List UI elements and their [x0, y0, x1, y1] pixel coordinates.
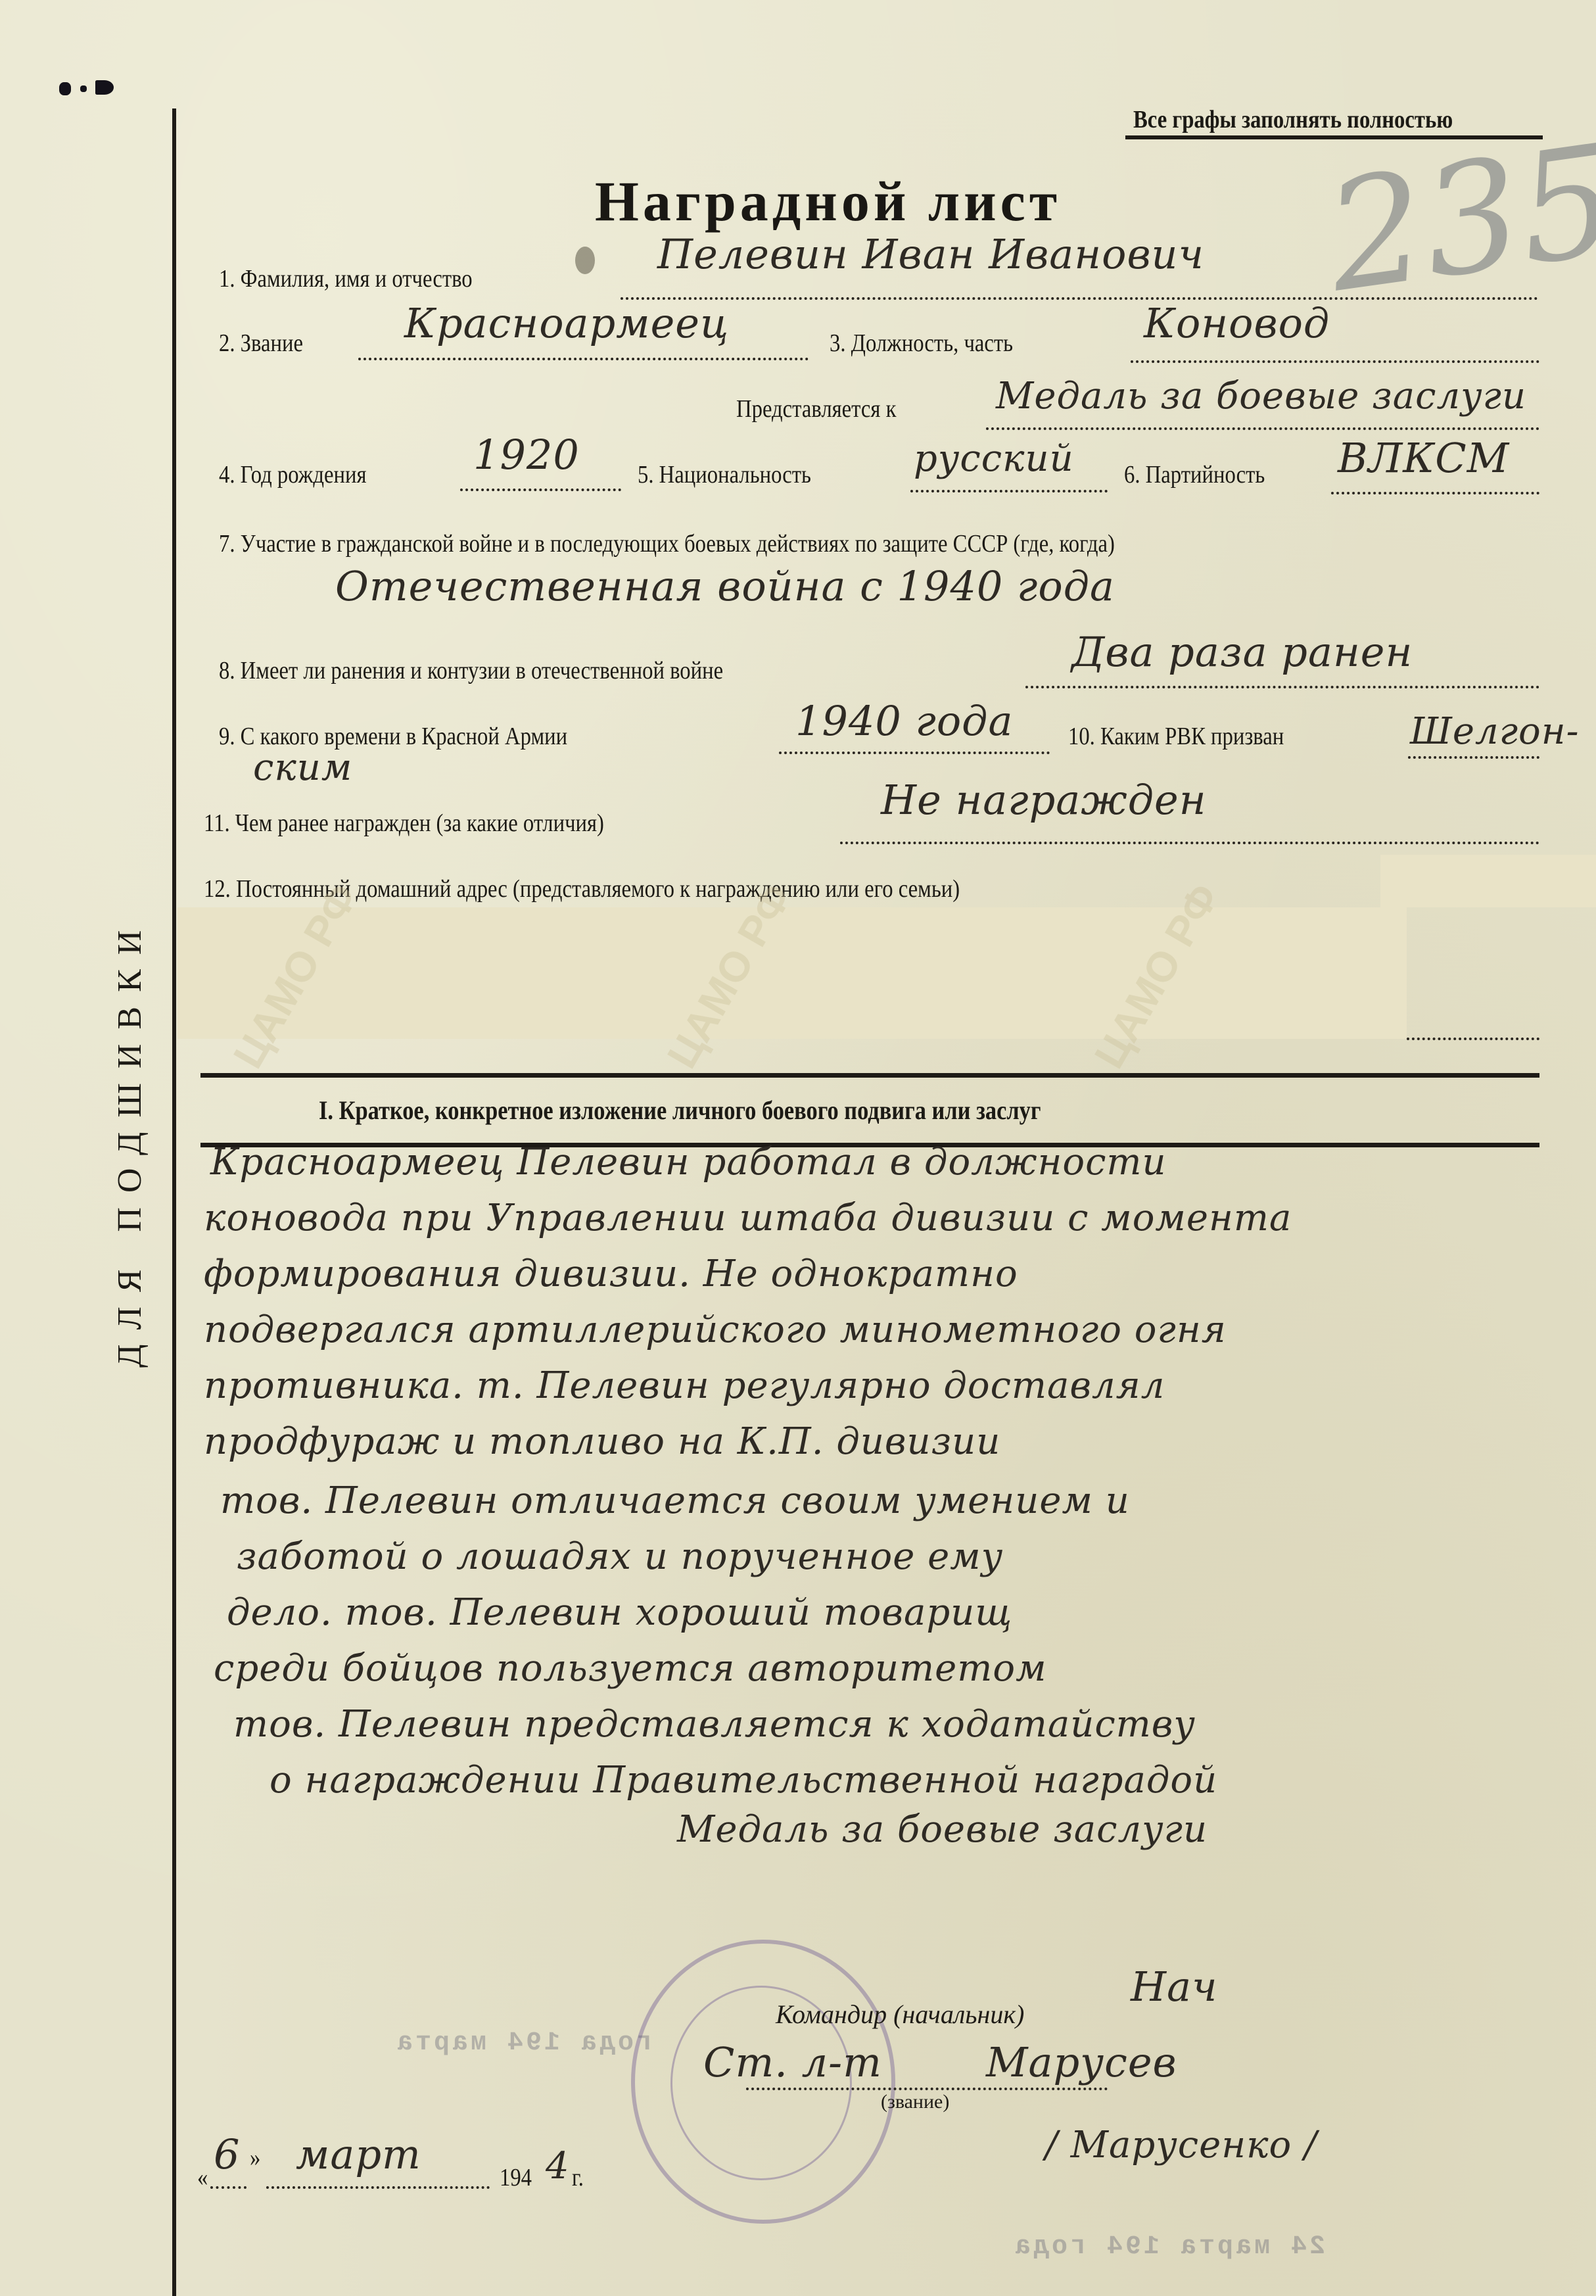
field-5-line: [910, 490, 1108, 492]
date-month-line: [266, 2186, 490, 2189]
section-1-heading: I. Краткое, конкретное изложение личного…: [319, 1095, 1041, 1126]
document-title: Наградной лист: [595, 168, 1061, 234]
field-5-value: русский: [914, 437, 1074, 480]
field-1-label: 1. Фамилия, имя и отчество: [219, 264, 473, 293]
field-3-value: Коновод: [1144, 299, 1330, 347]
field-3-line: [1131, 360, 1539, 363]
rank-line: [746, 2088, 1108, 2090]
ink-blot: [59, 82, 71, 95]
header-note: Все графы заполнять полностью: [1133, 105, 1453, 134]
rank-caption: (звание): [881, 2091, 949, 2113]
field-11-line: [840, 842, 1539, 844]
commander-label: Командир (начальник): [776, 1999, 1024, 2030]
narrative-line: продфураж и топливо на К.П. дивизии: [204, 1420, 1000, 1463]
narrative-line: формирования дивизии. Не однократно: [204, 1253, 1018, 1295]
date-quote-open: «: [197, 2163, 208, 2192]
field-5-label: 5. Национальность: [638, 460, 811, 489]
narrative-line: Красноармеец Пелевин работал в должности: [210, 1141, 1167, 1184]
date-day: 6: [214, 2130, 240, 2178]
narrative-line: подвергался артиллерийского минометного …: [204, 1308, 1227, 1351]
section-top-rule: [200, 1073, 1539, 1078]
field-10-line: [1408, 756, 1539, 759]
field-1-value: Пелевин Иван Иванович: [657, 230, 1204, 278]
offset-print: года 194 марта: [394, 2028, 652, 2058]
field-12-line: [1407, 1038, 1539, 1040]
date-day-line: [210, 2186, 246, 2189]
nomination-label: Представляется к: [736, 395, 896, 423]
field-8-label: 8. Имеет ли ранения и контузии в отечест…: [219, 656, 723, 685]
field-11-value: Не награжден: [881, 776, 1207, 824]
binding-margin-line: [172, 108, 176, 2296]
field-4-line: [460, 489, 621, 491]
field-2-label: 2. Звание: [219, 329, 303, 358]
field-3-label: 3. Должность, часть: [830, 329, 1013, 358]
field-8-value: Два раза ранен: [1071, 628, 1413, 676]
field-6-value: ВЛКСМ: [1338, 434, 1509, 482]
offset-print: 24 марта 194 года: [1012, 2232, 1325, 2262]
field-8-line: [1025, 686, 1539, 688]
nomination-line: [986, 427, 1539, 430]
address-redaction: [1380, 855, 1596, 907]
date-year-suffix: 4: [546, 2145, 570, 2188]
field-2-line: [358, 358, 809, 360]
field-11-label: 11. Чем ранее награжден (за какие отличи…: [204, 809, 604, 838]
field-10-value-continued: ским: [253, 746, 352, 789]
field-4-label: 4. Год рождения: [219, 460, 366, 489]
date-year-unit: г.: [572, 2163, 584, 2192]
narrative-line: тов. Пелевин представляется к ходатайств…: [233, 1703, 1196, 1746]
field-9-value: 1940 года: [795, 697, 1013, 745]
binding-margin-label: ДЛЯ ПОДШИВКИ: [110, 916, 149, 1368]
field-2-value: Красноармеец: [404, 299, 729, 347]
narrative-line: Медаль за боевые заслуги: [677, 1808, 1208, 1851]
narrative-line: коновода при Управлении штаба дивизии с …: [204, 1197, 1292, 1239]
commander-signature: Марусев: [986, 2038, 1177, 2086]
archive-number: 235: [1317, 112, 1596, 326]
narrative-line: о награждении Правительственной наградой: [270, 1759, 1217, 1802]
field-7-value: Отечественная война с 1940 года: [335, 562, 1115, 610]
ink-blot: [95, 80, 114, 95]
date-month: март: [296, 2130, 421, 2178]
field-7-label: 7. Участие в гражданской войне и в после…: [219, 529, 1115, 558]
narrative-line: среди бойцов пользуется авторитетом: [214, 1647, 1047, 1690]
field-4-value: 1920: [473, 431, 580, 479]
narrative-line: заботой о лошадях и порученное ему: [237, 1535, 1003, 1578]
date-year-prefix: 194: [500, 2163, 532, 2192]
commander-rank: Ст. л-т: [703, 2038, 882, 2086]
field-10-label: 10. Каким РВК призван: [1068, 722, 1284, 751]
narrative-line: дело. тов. Пелевин хороший товарищ: [227, 1591, 1012, 1634]
narrative-line: противника. т. Пелевин регулярно доставл…: [204, 1364, 1165, 1407]
ink-blot: [80, 85, 87, 92]
nomination-value: Медаль за боевые заслуги: [996, 375, 1526, 418]
address-redaction: [177, 907, 1407, 1039]
field-9-line: [779, 752, 1050, 754]
field-6-label: 6. Партийность: [1124, 460, 1265, 489]
field-1-line: [621, 297, 1538, 300]
commander-name: / Марусенко /: [1045, 2124, 1317, 2166]
field-6-line: [1331, 492, 1539, 494]
narrative-line: тов. Пелевин отличается своим умением и: [220, 1479, 1130, 1522]
commander-position: Нач: [1131, 1963, 1218, 2011]
punch-hole: [575, 247, 595, 274]
date-quote-close: »: [250, 2143, 260, 2172]
field-10-value: Шелгон-: [1410, 710, 1580, 753]
